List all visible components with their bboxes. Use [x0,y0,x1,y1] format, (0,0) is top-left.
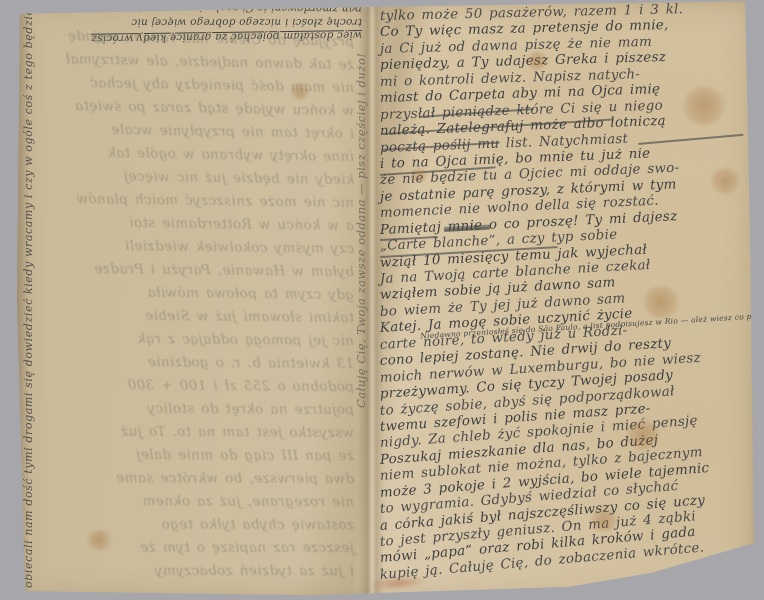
bleedthrough-text-block: przyjadę do Ciebie nad ranem, wyjadęże t… [30,34,354,586]
upside-down-note-line: trochę złości i niczego dobrego więcej n… [28,15,362,29]
bleedthrough-line: takimi słowami już w Siebie [30,307,354,333]
stain-mark [526,52,548,70]
bleedthrough-line: wszystko jest tam na to. To już [30,423,354,448]
stain-mark [290,84,310,100]
stain-mark [642,286,680,318]
red-pencil-smudge [368,574,429,592]
bleedthrough-line: jeszcze raz napiszę o tym że [30,539,354,563]
upside-down-note-line: pan zmordowani ja Ci zoologiczne ogrody [28,0,362,15]
stain-mark [710,168,740,194]
stain-mark [682,86,726,126]
stain-mark [410,168,428,182]
bleedthrough-line: zostawię chyba tylko tego [30,516,354,540]
bleedthrough-line: że pan III ciąg do mnie dalej [30,446,354,471]
stain-mark [86,530,112,550]
bleedthrough-line: nie rozegrane, już za oknem [30,493,354,517]
bleedthrough-line: pojutrze na okręt do stolicy [30,400,354,425]
scanner-background: { "scan": { "description": "Two-page spr… [0,0,764,600]
letter-paper-spread: więc dostałam pojechać za granicę kiedy … [14,0,754,600]
left-margin-vertical-note: obiecali nam dość tymi drogami się dowie… [22,12,35,588]
bleedthrough-line: gdy czym ta połowa mówiła [30,283,354,310]
stain-mark [590,508,618,532]
left-page: więc dostałam pojechać za granicę kiedy … [18,0,362,600]
bleedthrough-line: podobno o 255 zł i 100 + 300 [30,376,354,402]
stain-mark [626,420,660,450]
bleedthrough-line: 13 kwietnia b. r. o godzinie [30,353,354,379]
bleedthrough-line: i już za tydzień zobaczymy [30,563,354,586]
bleedthrough-line: nic jej pomogą oddając z rąk [30,330,354,356]
bleedthrough-line: dwa pierwsze, bo wkrótce same [30,470,354,494]
